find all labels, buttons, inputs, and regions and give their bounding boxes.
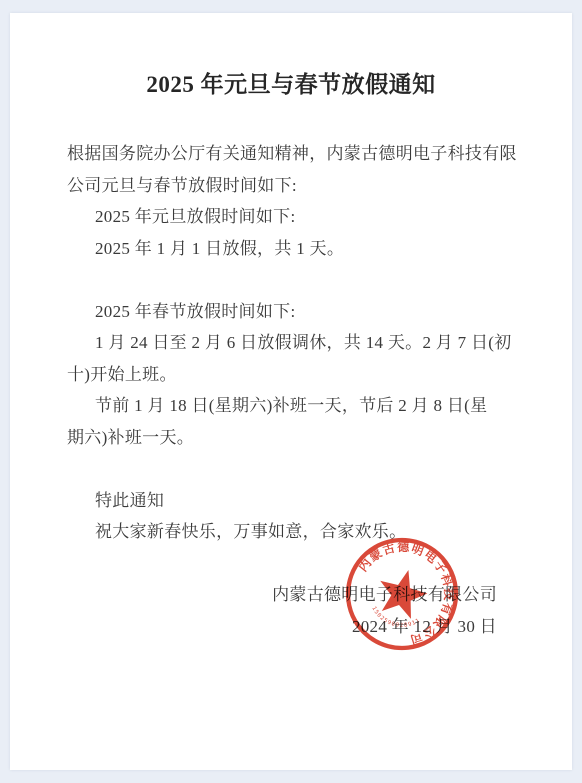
body-line: 特此通知 xyxy=(67,485,519,517)
body-line: 十)开始上班。 xyxy=(67,359,519,391)
body-line: 根据国务院办公厅有关通知精神，内蒙古德明电子科技有限 xyxy=(67,138,519,170)
body-line: 期六)补班一天。 xyxy=(67,422,519,454)
body-line: 祝大家新春快乐，万事如意，合家欢乐。 xyxy=(67,516,519,548)
seal-star-icon xyxy=(373,564,432,622)
body-line: 2025 年元旦放假时间如下: xyxy=(67,201,519,233)
document-title: 2025 年元旦与春节放假通知 xyxy=(10,71,572,99)
blank-line xyxy=(67,264,519,296)
body-line: 2025 年春节放假时间如下: xyxy=(67,296,519,328)
body-line: 公司元旦与春节放假时间如下: xyxy=(67,170,519,202)
seal-code-text: 1502590028911 xyxy=(367,605,423,635)
blank-line xyxy=(67,453,519,485)
document-page: 2025 年元旦与春节放假通知 根据国务院办公厅有关通知精神，内蒙古德明电子科技… xyxy=(10,13,572,770)
document-viewer: { "app": { "background_color": "#e9eef6"… xyxy=(0,0,582,783)
body-line: 2025 年 1 月 1 日放假，共 1 天。 xyxy=(67,233,519,265)
svg-text:1502590028911: 1502590028911 xyxy=(367,605,423,635)
body-line: 1 月 24 日至 2 月 6 日放假调休，共 14 天。2 月 7 日(初 xyxy=(67,327,519,359)
body-line: 节前 1 月 18 日(星期六)补班一天，节后 2 月 8 日(星 xyxy=(67,390,519,422)
